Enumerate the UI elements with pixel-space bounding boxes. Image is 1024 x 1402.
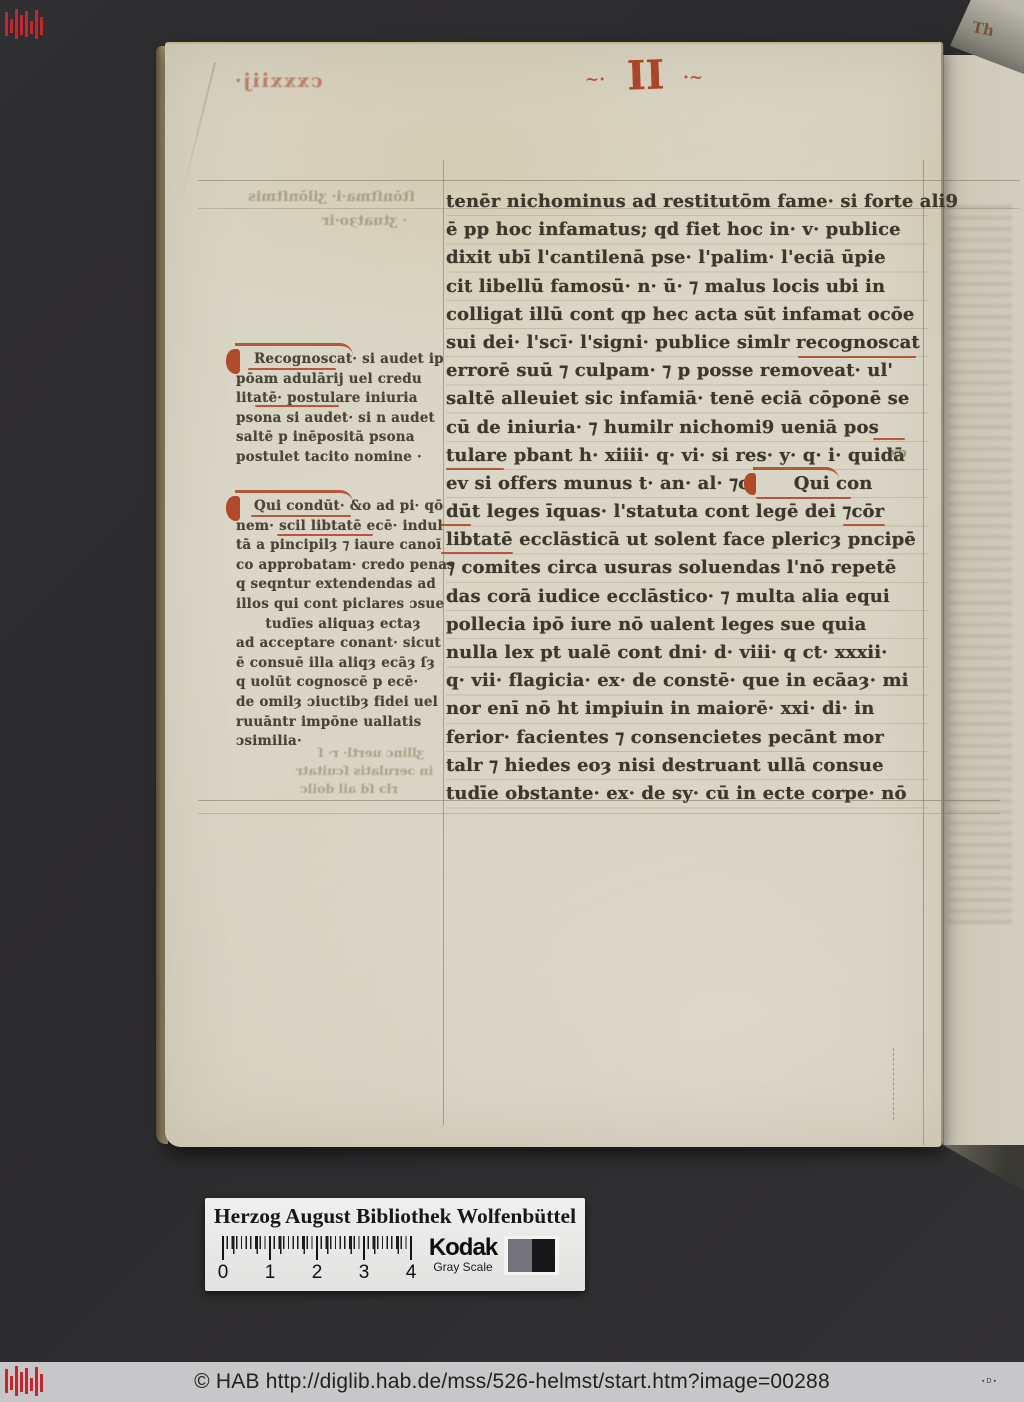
text-line: dūt leges īquas· l'statuta cont legē dei… <box>446 498 928 526</box>
gloss-line: pōam adulārij uel credu <box>236 370 448 390</box>
gloss-line: q uolūt cognoscē p ecē· <box>236 673 448 693</box>
gloss-line: q seqntur extendendas ad <box>236 575 448 595</box>
text-line: ferior· facientes ⁊ consencietes pecānt … <box>446 724 928 752</box>
text-line: dixit ubī l'cantilenā pse· l'palim· l'ec… <box>446 244 928 272</box>
text-line: sui dei· l'scī· l'signi· publice simlr r… <box>446 329 928 357</box>
ruling-line-bottom-2 <box>198 813 1000 814</box>
library-name: Herzog August Bibliothek Wolfenbüttel <box>205 1203 585 1229</box>
text-line: ē pp hoc infamatus; qd fiet hoc in· v· p… <box>446 216 928 244</box>
offset-text: in ɔerulatis ſcuitatr <box>296 762 433 780</box>
kodak-brand: Kodak Gray Scale <box>423 1236 503 1274</box>
text-line: errorē suū ⁊ culpam· ⁊ p posse removeat·… <box>446 357 928 385</box>
ruler-number: 1 <box>265 1262 276 1284</box>
text-showthrough <box>948 205 1012 925</box>
quire-numeral-ii: ~· II ·~ <box>585 58 725 104</box>
gloss-line: ad acceptare conant· sicut <box>236 634 448 654</box>
offset-text: ſtōnſtma·i· ʒilōnſtmis <box>248 186 415 208</box>
text-line: nor enī nō ht impiuin in maiorē· xxi· di… <box>446 695 928 723</box>
ruler-halfcm-ticks <box>233 1236 413 1254</box>
text-line: cū de iniuria· ⁊ humilr nichomi9 ueniā p… <box>446 414 928 442</box>
gloss-line: de omilȝ ɔiuctibȝ fidei uel <box>236 693 448 713</box>
ruler-cm-tick <box>316 1236 318 1260</box>
ruler-cm-tick <box>410 1236 412 1260</box>
text-line: ⁊ comites circa usuras soluendas l'nō re… <box>446 554 928 582</box>
margin-note-1: Recognoscat· si audet ip pōam adulārij u… <box>236 350 448 468</box>
gloss-line: co approbatam· credo penas <box>236 556 448 576</box>
main-text-block: tenēr nichominus ad restitutōm fame· si … <box>446 188 928 808</box>
gloss-line: postulet tacito nomine · <box>236 448 448 468</box>
gloss-line: litatē· postulare iniuria <box>236 389 448 409</box>
flourish-icon: ~· <box>585 70 605 90</box>
text-line: nulla lex pt ualē cont dni· d· viii· q c… <box>446 639 928 667</box>
ruler-number: 4 <box>406 1262 417 1284</box>
ruling-line-top <box>198 180 1020 181</box>
text-line: talr ⁊ hiedes eoȝ nisi destruant ullā co… <box>446 752 928 780</box>
gloss-line: ɔsimilia· <box>236 732 448 752</box>
footer-right-mark: ▪D▪ <box>982 1378 998 1385</box>
ruler-number: 3 <box>359 1262 370 1284</box>
ruler-number: 2 <box>312 1262 323 1284</box>
margin-side-mark: xb <box>890 446 907 461</box>
next-folio-edge <box>943 55 1024 1145</box>
gloss-line: illos qui cont piclares ɔsue <box>236 595 448 615</box>
gloss-line: ruuāntr impōne uallatis <box>236 713 448 733</box>
scan-viewer-canvas: Th cxxxiij· ~· II ·~ ſtōnſtma·i· ʒilōnſt… <box>0 0 1024 1402</box>
black-swatch <box>532 1239 556 1272</box>
ruler-number: 0 <box>218 1262 229 1284</box>
offset-text: · ʒtuatȝo·ir <box>322 210 407 232</box>
kodak-logo: Kodak <box>423 1236 503 1260</box>
gloss-line: saltē p inēpositā psona <box>236 428 448 448</box>
text-line: tudīe obstante· ex· de sy· cū in ecte co… <box>446 780 928 808</box>
gray-swatch <box>508 1239 532 1272</box>
text-line: tenēr nichominus ad restitutōm fame· si … <box>446 188 928 216</box>
cm-ruler: 0 1 2 3 4 <box>217 1236 422 1286</box>
ruling-dashes <box>893 1048 894 1120</box>
offset-text: rlɔ ſd ail doilc <box>300 780 398 798</box>
gray-scale-patch <box>504 1236 559 1275</box>
hab-barcode-icon <box>5 8 43 39</box>
flourish-icon: ·~ <box>683 68 703 88</box>
ruler-cm-tick <box>222 1236 224 1260</box>
text-line: cit libellū famosū· n· ū· ⁊ malus locis … <box>446 273 928 301</box>
credit-strip: © HAB http://diglib.hab.de/mss/526-helms… <box>0 1362 1024 1402</box>
gloss-line: tā a pincipilȝ ⁊ iaure canoī <box>236 536 448 556</box>
folio-number: cxxxiij· <box>233 70 322 92</box>
ruler-cm-tick <box>363 1236 365 1260</box>
page-bottom-edge <box>943 1145 1024 1191</box>
margin-note-2: Qui condūt· &o ad pi· qō nem· scil libta… <box>236 497 448 752</box>
pilcrow-rubric-icon <box>226 496 240 521</box>
copyright-url: © HAB http://diglib.hab.de/mss/526-helms… <box>0 1362 1024 1402</box>
text-line: saltē alleuiet sic infamiā· tenē eciā cō… <box>446 385 928 413</box>
text-line: q· vii· flagicia· ex· de constē· que in … <box>446 667 928 695</box>
pilcrow-rubric-icon <box>744 473 756 495</box>
text-line: colligat illū cont qp hec acta sūt infam… <box>446 301 928 329</box>
gloss-line: tudīes aliquaȝ ectaȝ <box>236 615 448 635</box>
ruler-cm-tick <box>269 1236 271 1260</box>
text-line: ev si offers munus t· an· al· ⁊c· Qui co… <box>446 470 928 498</box>
hab-barcode-icon <box>5 1365 43 1396</box>
text-line: tulare pbant h· xiiii· q· vi· si res· y·… <box>446 442 928 470</box>
text-line: libtatē ecclāsticā ut solent face pleric… <box>446 526 928 554</box>
text-line: pollecia ipō iure nō ualent leges sue qu… <box>446 611 928 639</box>
pilcrow-rubric-icon <box>226 349 240 374</box>
gray-scale-label: Gray Scale <box>423 1260 503 1274</box>
text-line: das corā iudice ecclāstico· ⁊ multa alia… <box>446 583 928 611</box>
gloss-line: psona si audet· si n audet <box>236 409 448 429</box>
numeral-glyph: II <box>626 51 665 99</box>
gloss-line: nem· scil libtatē ecē· indul <box>236 517 448 537</box>
gloss-line: ē consuē illa aliqȝ ecāȝ ſȝ <box>236 654 448 674</box>
kodak-scale-card: Herzog August Bibliothek Wolfenbüttel 0 … <box>205 1198 585 1291</box>
